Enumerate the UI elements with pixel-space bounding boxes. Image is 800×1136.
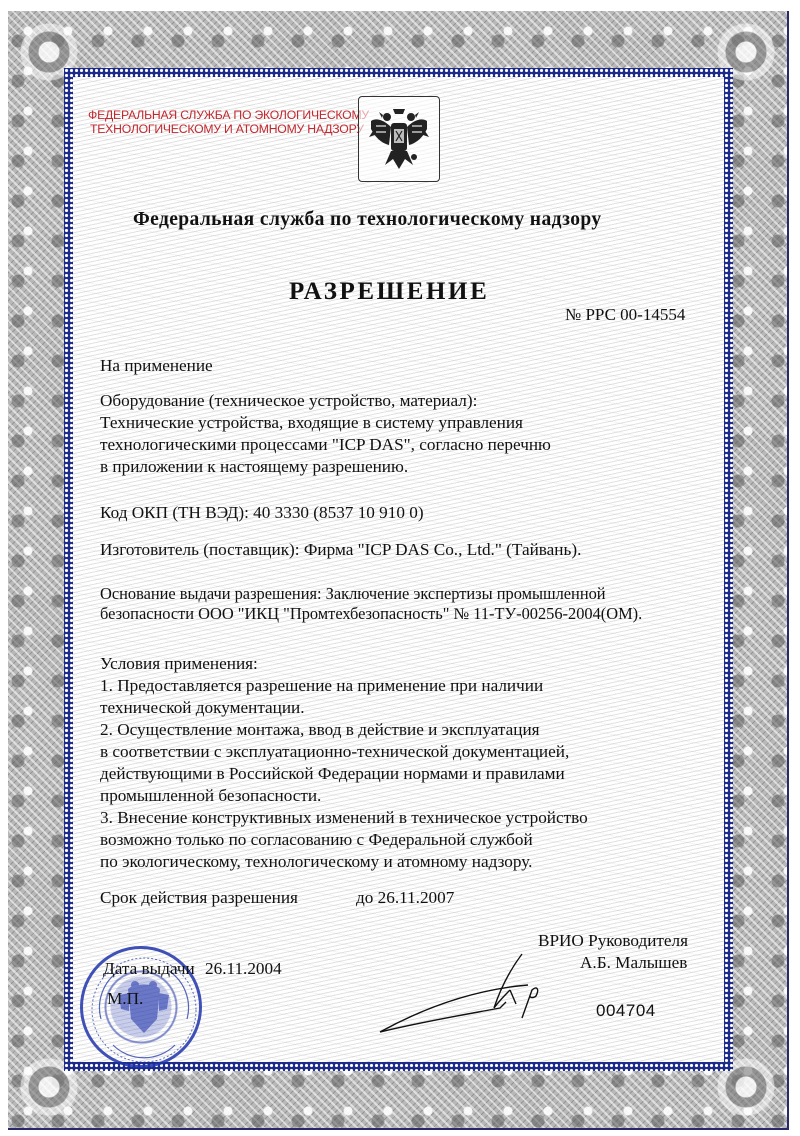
validity-value: до 26.11.2007 (356, 887, 454, 909)
signature (360, 940, 560, 1040)
condition-line: промышленной безопасности. (100, 785, 321, 807)
condition-line: 2. Осуществление монтажа, ввод в действи… (100, 719, 540, 741)
conditions-title: Условия применения: (100, 653, 258, 675)
condition-line: технической документации. (100, 697, 305, 719)
document-title: РАЗРЕШЕНИЕ (289, 278, 489, 306)
signer-name: А.Б. Малышев (580, 952, 687, 974)
agency-header-line-2: ТЕХНОЛОГИЧЕСКОМУ И АТОМНОМУ НАДЗОРУ (88, 122, 369, 136)
issue-date-value: 26.11.2004 (205, 958, 282, 980)
validity-label: Срок действия разрешения (100, 887, 298, 909)
emblem-frame (358, 96, 440, 182)
equipment-line: технологическими процессами "ICP DAS", с… (100, 434, 551, 456)
service-title: Федеральная служба по технологическому н… (133, 209, 602, 231)
condition-line: в соответствии с эксплуатационно-техниче… (100, 741, 569, 763)
purpose-text: На применение (100, 355, 213, 377)
agency-header-line-1: ФЕДЕРАЛЬНАЯ СЛУЖБА ПО ЭКОЛОГИЧЕСКОМУ (88, 108, 369, 122)
signer-title: ВРИО Руководителя (538, 930, 688, 952)
serial-number: 004704 (596, 1001, 656, 1021)
basis-line: безопасности ООО "ИКЦ "Промтехбезопаснос… (100, 604, 642, 624)
equipment-line: в приложении к настоящему разрешению. (100, 456, 408, 478)
condition-line: по экологическому, технологическому и ат… (100, 851, 532, 873)
condition-line: 1. Предоставляется разрешение на примене… (100, 675, 543, 697)
basis-line: Основание выдачи разрешения: Заключение … (100, 584, 606, 604)
double-headed-eagle-icon (367, 103, 431, 175)
condition-line: 3. Внесение конструктивных изменений в т… (100, 807, 588, 829)
manufacturer: Изготовитель (поставщик): Фирма "ICP DAS… (100, 539, 581, 561)
okp-code: Код ОКП (ТН ВЭД): 40 3330 (8537 10 910 0… (100, 502, 424, 524)
document-number: № РРС 00-14554 (565, 305, 685, 325)
agency-header: ФЕДЕРАЛЬНАЯ СЛУЖБА ПО ЭКОЛОГИЧЕСКОМУ ТЕХ… (88, 108, 369, 136)
condition-line: возможно только по согласованию с Федера… (100, 829, 533, 851)
condition-line: действующими в Российской Федерации норм… (100, 763, 565, 785)
seal-label: М.П. (107, 988, 143, 1010)
equipment-label: Оборудование (техническое устройство, ма… (100, 390, 477, 412)
issue-date-label: Дата выдачи (103, 958, 195, 980)
equipment-line: Технические устройства, входящие в систе… (100, 412, 523, 434)
